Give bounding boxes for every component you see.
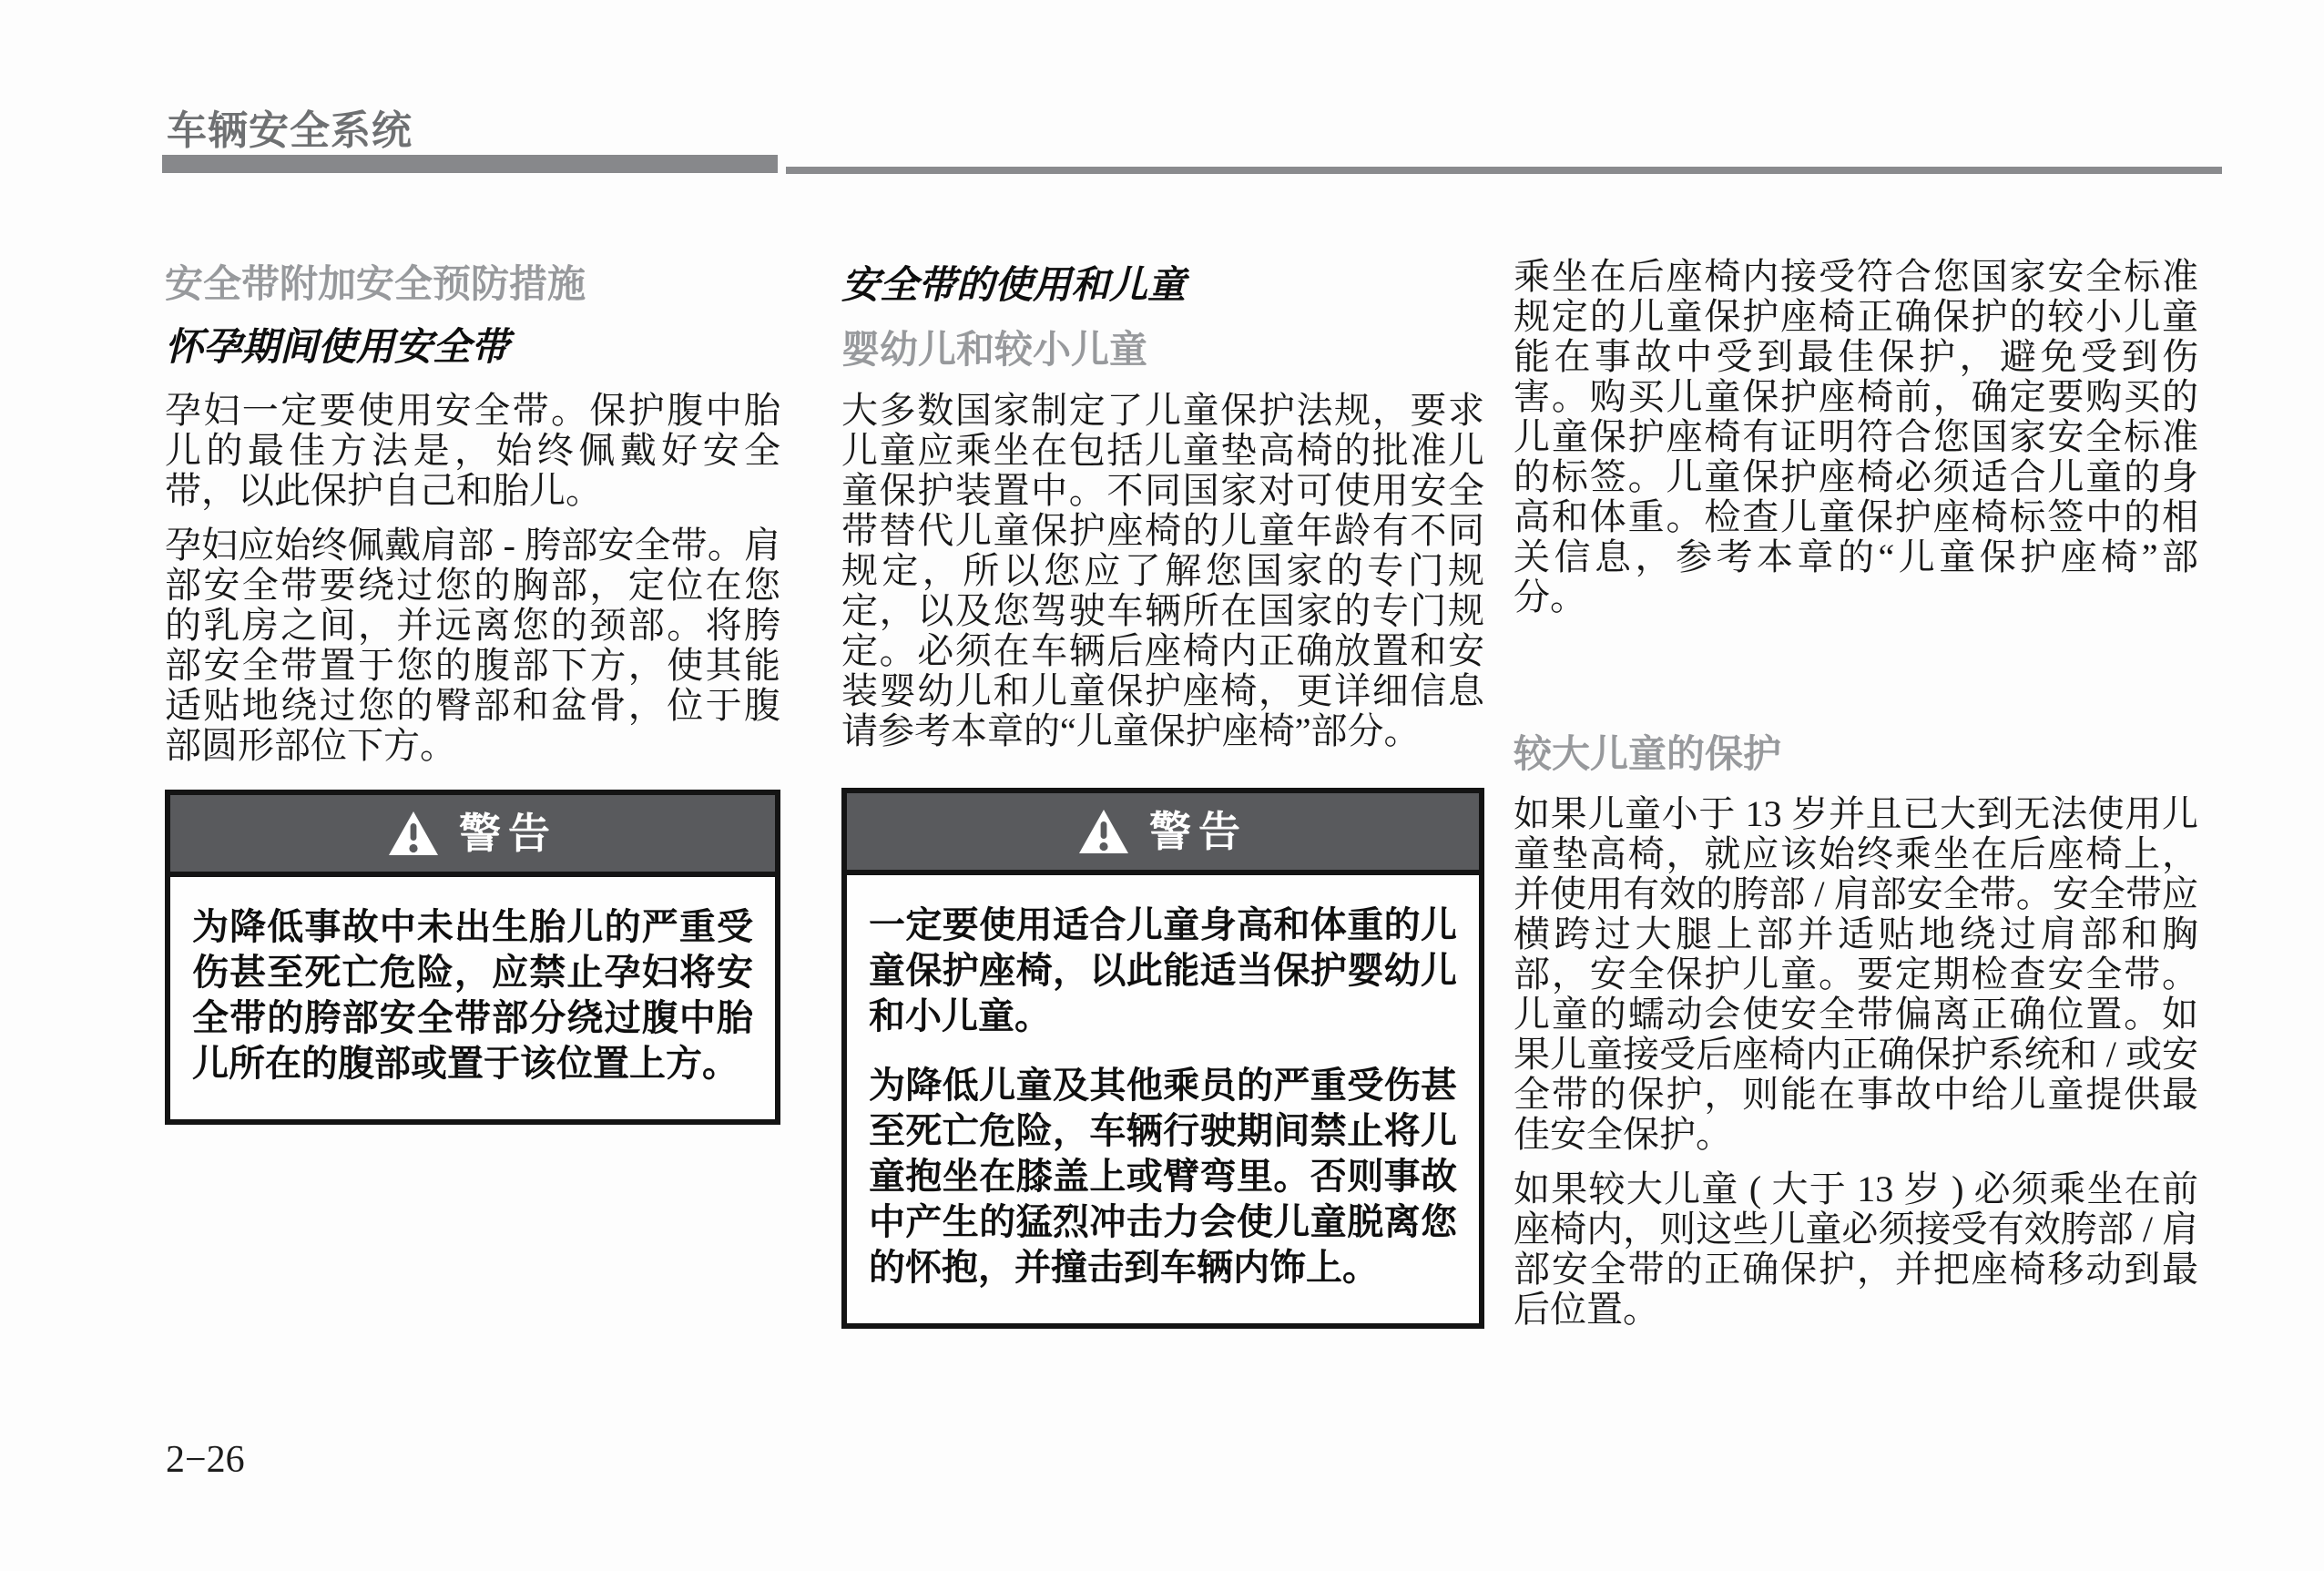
warning-label: 警告	[1149, 811, 1248, 852]
body-paragraph: 乘坐在后座椅内接受符合您国家安全标准规定的儿童保护座椅正确保护的较小儿童能在事故…	[1514, 257, 2198, 617]
section-heading-infants-small-children: 婴幼儿和较小儿童	[841, 328, 1484, 372]
column-seatbelt-precautions: 安全带附加安全预防措施 怀孕期间使用安全带 孕妇一定要使用安全带。保护腹中胎儿的…	[165, 262, 780, 1125]
warning-box-header: 警告	[170, 795, 775, 877]
topic-heading-seatbelt-children: 安全带的使用和儿童	[841, 262, 1484, 308]
warning-triangle-icon	[1078, 809, 1129, 854]
column-larger-children: 乘坐在后座椅内接受符合您国家安全标准规定的儿童保护座椅正确保护的较小儿童能在事故…	[1514, 257, 2198, 1344]
header-rule-thick	[162, 155, 778, 173]
body-paragraph: 孕妇一定要使用安全带。保护腹中胎儿的最佳方法是，始终佩戴好安全带，以此保护自己和…	[165, 391, 780, 511]
warning-box-body: 一定要使用适合儿童身高和体重的儿童保护座椅，以此能适当保护婴幼儿和小儿童。 为降…	[847, 875, 1479, 1323]
warning-box-pregnancy: 警告 为降低事故中未出生胎儿的严重受伤甚至死亡危险，应禁止孕妇将安全带的胯部安全…	[165, 790, 780, 1125]
body-paragraph: 如果较大儿童 ( 大于 13 岁 ) 必须乘坐在前座椅内，则这些儿童必须接受有效…	[1514, 1169, 2198, 1330]
page-title: 车辆安全系统	[167, 111, 413, 151]
warning-paragraph: 为降低儿童及其他乘员的严重受伤甚至死亡危险，车辆行驶期间禁止将儿童抱坐在膝盖上或…	[869, 1063, 1457, 1290]
warning-box-children: 警告 一定要使用适合儿童身高和体重的儿童保护座椅，以此能适当保护婴幼儿和小儿童。…	[841, 788, 1484, 1329]
manual-page: 车辆安全系统 安全带附加安全预防措施 怀孕期间使用安全带 孕妇一定要使用安全带。…	[0, 0, 2324, 1571]
warning-box-body: 为降低事故中未出生胎儿的严重受伤甚至死亡危险，应禁止孕妇将安全带的胯部安全带部分…	[170, 877, 775, 1119]
section-heading-larger-children: 较大儿童的保护	[1514, 732, 2198, 776]
warning-triangle-icon	[388, 811, 439, 856]
warning-paragraph: 一定要使用适合儿童身高和体重的儿童保护座椅，以此能适当保护婴幼儿和小儿童。	[869, 903, 1457, 1039]
topic-heading-pregnancy: 怀孕期间使用安全带	[165, 324, 780, 370]
body-paragraph: 大多数国家制定了儿童保护法规，要求儿童应乘坐在包括儿童垫高椅的批准儿童保护装置中…	[841, 391, 1484, 751]
body-paragraph: 孕妇应始终佩戴肩部 - 胯部安全带。肩部安全带要绕过您的胸部，定位在您的乳房之间…	[165, 525, 780, 766]
section-heading-additional-precautions: 安全带附加安全预防措施	[165, 262, 780, 306]
warning-paragraph: 为降低事故中未出生胎儿的严重受伤甚至死亡危险，应禁止孕妇将安全带的胯部安全带部分…	[192, 904, 753, 1086]
body-paragraph: 如果儿童小于 13 岁并且已大到无法使用儿童垫高椅，就应该始终乘坐在后座椅上，并…	[1514, 794, 2198, 1155]
page-number: 2−26	[166, 1441, 245, 1479]
warning-box-header: 警告	[847, 793, 1479, 875]
warning-label: 警告	[459, 812, 557, 854]
column-seatbelts-and-children: 安全带的使用和儿童 婴幼儿和较小儿童 大多数国家制定了儿童保护法规，要求儿童应乘…	[841, 262, 1484, 1329]
header-rule-thin	[786, 167, 2222, 174]
